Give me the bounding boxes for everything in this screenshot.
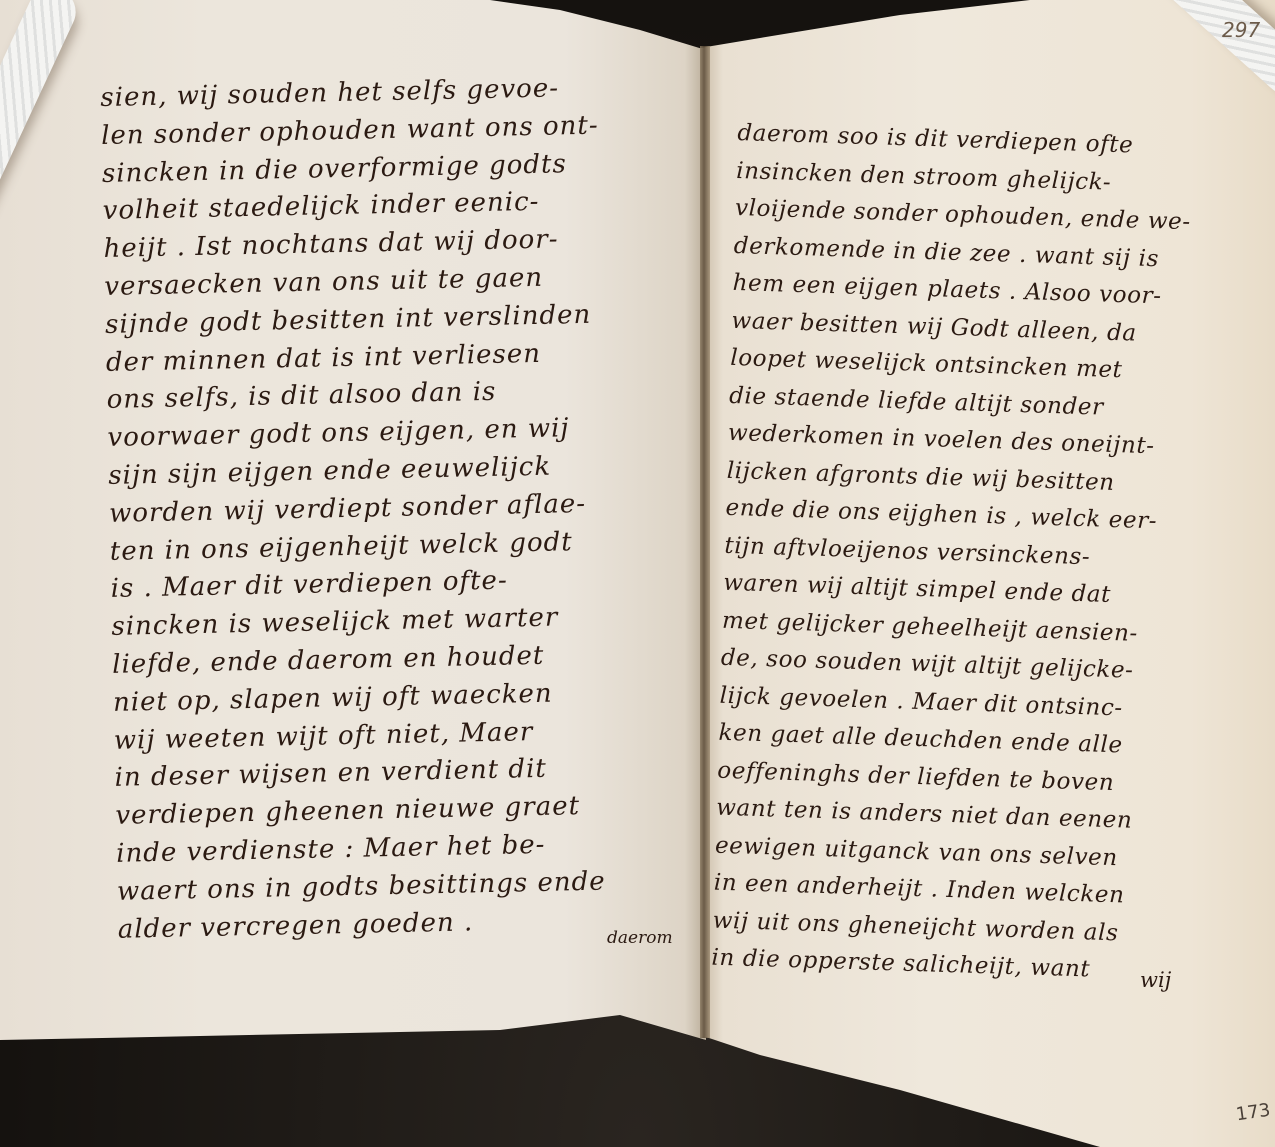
catchword-right: wij	[1140, 968, 1171, 992]
right-page-text: daerom soo is dit verdiepen ofte insinck…	[711, 115, 1218, 992]
left-page-text: sien, wij souden het selfs gevoe- len so…	[100, 68, 708, 949]
folio-number-top: 297	[1222, 18, 1260, 42]
catchword-left: daerom	[607, 928, 673, 948]
